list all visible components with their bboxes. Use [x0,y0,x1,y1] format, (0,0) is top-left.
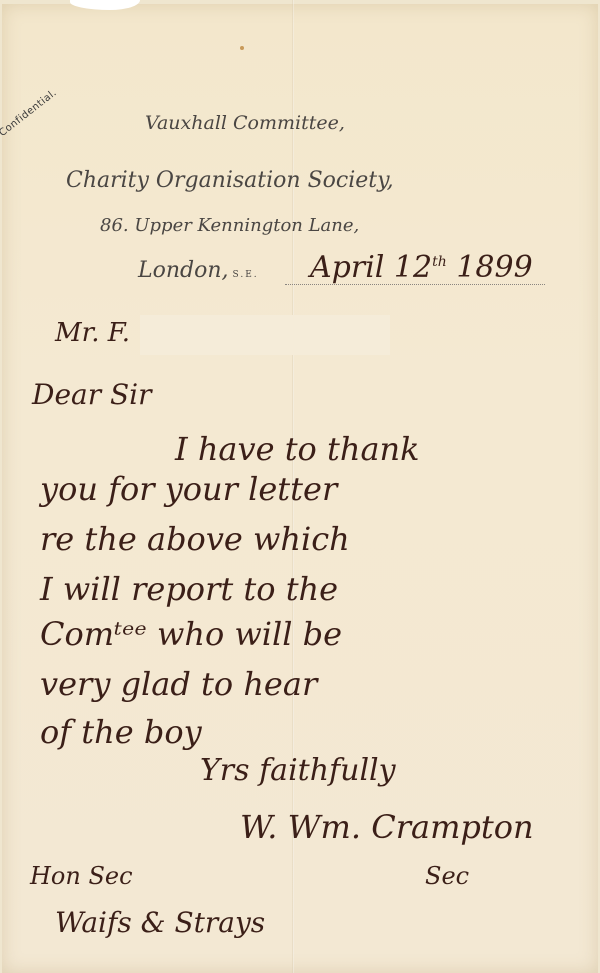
letterhead-society: Charity Organisation Society, [66,168,394,193]
signature: W. Wm. Crampton [240,808,534,846]
letterhead-city: London,S.E. [138,258,259,283]
body-line: of the boy [40,713,202,751]
salutation: Dear Sir [32,378,152,411]
letterhead-committee: Vauxhall Committee, [145,112,345,134]
addressee: Mr. F. [55,318,130,348]
closing: Yrs faithfully [200,753,396,788]
signature-title: Sec [425,862,469,890]
body-line: I will report to the [40,570,338,608]
body-line: I have to thank [175,430,420,468]
redacted-name [140,315,390,355]
recipient-title: Hon Sec [30,862,133,890]
letter-date: April 12th 1899 [310,250,533,285]
body-line: very glad to hear [40,665,317,703]
letterhead-postal: S.E. [233,270,259,280]
body-line: re the above which [40,520,350,558]
date-ordinal: th [432,254,447,270]
body-line: Comᵗᵉᵉ who will be [40,615,342,653]
letterhead-city-name: London, [138,258,229,283]
date-year: 1899 [456,250,532,285]
paper-stain [240,46,244,50]
body-line: you for your letter [40,470,337,508]
letterhead-address: 86. Upper Kennington Lane, [100,215,359,236]
recipient-organisation: Waifs & Strays [55,906,265,939]
date-month-day: April 12 [310,250,432,285]
